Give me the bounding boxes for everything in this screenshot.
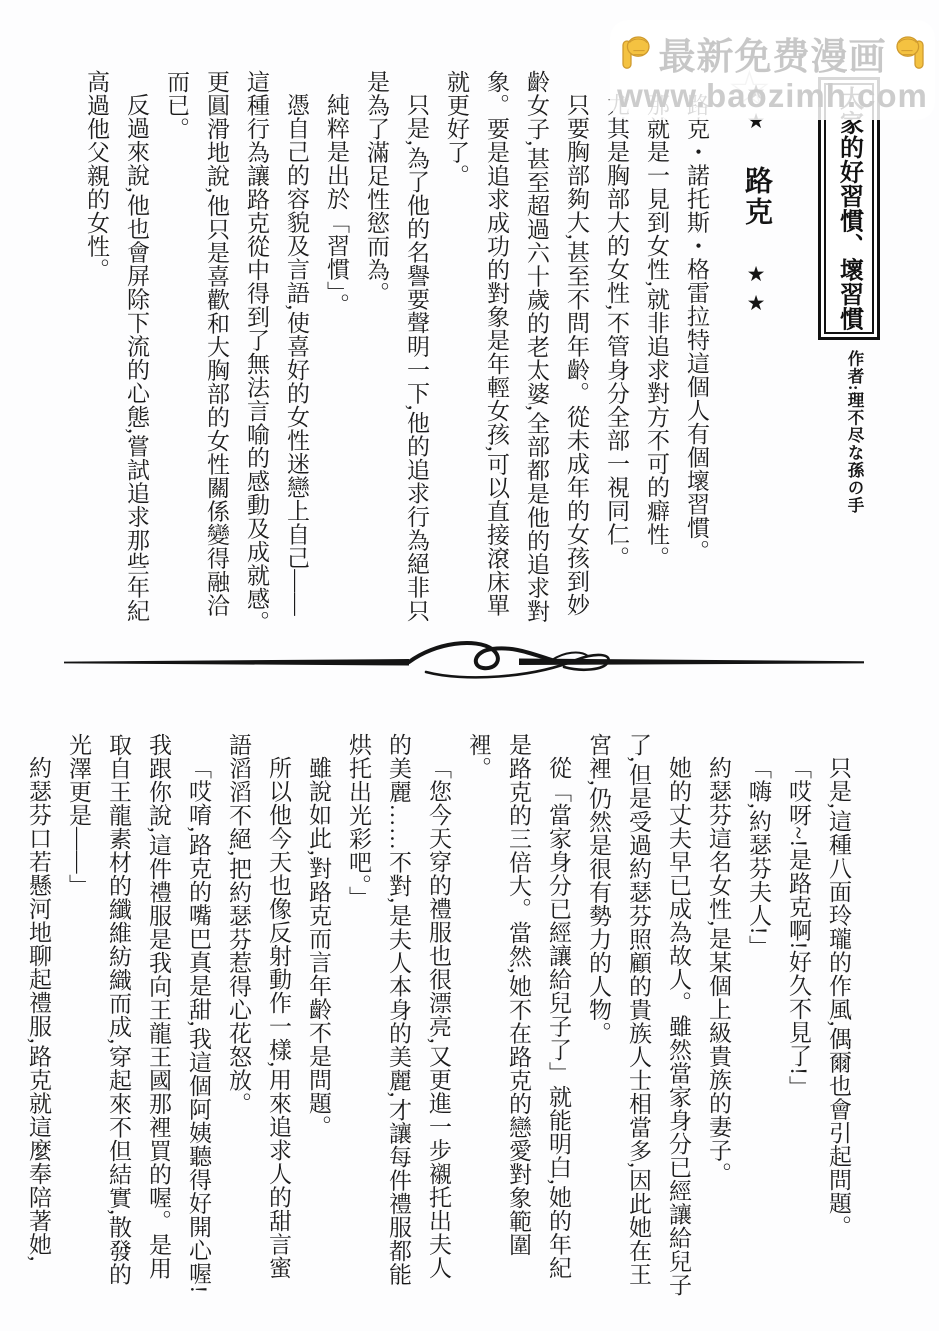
lower-text-block: 只是,這種八面玲瓏的作風,偶爾也會引起問題。 「哎呀~!是路克啊!好久不見了!」…	[8, 733, 858, 1299]
pointing-down-hand-icon	[619, 34, 651, 72]
paragraph: 所以他今天也像反射動作一樣,用來追求人的甜言蜜語滔滔不絕,把約瑟芬惹得心花怒放。	[218, 733, 298, 1299]
watermark-row1: 最新免费漫画	[619, 29, 927, 77]
paragraph: 「哎呀~!是路克啊!好久不見了!」	[778, 733, 818, 1299]
paragraph: 從「當家身分已經讓給兒子了」就能明白,她的年紀是路克的三倍大。當然,她不在路克的…	[458, 733, 578, 1299]
stars-bottom: ★★	[744, 262, 768, 320]
chapter-title: 大家的好習慣、壞習慣	[832, 86, 867, 331]
paragraph: 只是,為了他的名譽要聲明一下,他的追求行為絕非只是為了滿足性慾而為。	[356, 70, 436, 636]
paragraph: 尤其是胸部大的女性,不管身分全部一視同仁。	[596, 70, 636, 636]
paragraph: 那就是一見到女性,就非追求對方不可的癖性。	[636, 70, 676, 636]
paragraph: 「哎唷,路克的嘴巴真是甜,我這個阿姨聽得好開心喔!我跟你說,這件禮服是我向王龍王…	[58, 733, 218, 1299]
divider-flourish	[64, 632, 864, 696]
site-watermark: 最新免费漫画 www.baozimh.com	[610, 20, 935, 120]
pointing-down-hand-icon	[895, 34, 927, 72]
chapter-title-inner-frame: 大家的好習慣、壞習慣	[824, 83, 874, 334]
paragraph: 只是,這種八面玲瓏的作風,偶爾也會引起問題。	[818, 733, 858, 1299]
paragraph: 憑自己的容貌及言語,使喜好的女性迷戀上自己——這種行為讓路克從中得到了無法言喻的…	[156, 70, 316, 636]
paragraph: 反過來說,他也會屏除下流的心態,嘗試追求那些年紀高過他父親的女性。	[76, 70, 156, 636]
upper-text-block: 路克・諾托斯・格雷拉特這個人有個壞習慣。 那就是一見到女性,就非追求對方不可的癖…	[16, 70, 716, 636]
paragraph: 她的丈夫早已成為故人。雖然當家身分已經讓給兒子了,但是受過約瑟芬照顧的貴族人士相…	[578, 733, 698, 1299]
paragraph: 「嗨,約瑟芬夫人!」	[738, 733, 778, 1299]
watermark-text: 最新免费漫画	[659, 26, 887, 80]
author-credit: 作者:理不尽な孫の手	[842, 350, 866, 550]
paragraph: 純粹是出於「習慣」。	[316, 70, 356, 636]
paragraph: 路克・諾托斯・格雷拉特這個人有個壞習慣。	[676, 70, 716, 636]
section-name: 路克	[736, 166, 776, 228]
paragraph: 只要胸部夠大,甚至不問年齡。從未成年的女孩到妙齡女子,甚至超過六十歲的老太婆,全…	[436, 70, 596, 636]
paragraph: 雖說如此,對路克而言年齡不是問題。	[298, 733, 338, 1299]
paragraph: 約瑟芬這名女性,是某個上級貴族的妻子。	[698, 733, 738, 1299]
paragraph: 約瑟芬口若懸河地聊起禮服,路克就這麼奉陪著她,	[18, 733, 58, 1299]
paragraph: 「您今天穿的禮服也很漂亮,又更進一步襯托出夫人的美麗……不對,是夫人本身的美麗,…	[338, 733, 458, 1299]
watermark-url: www.baozimh.com	[617, 79, 928, 112]
